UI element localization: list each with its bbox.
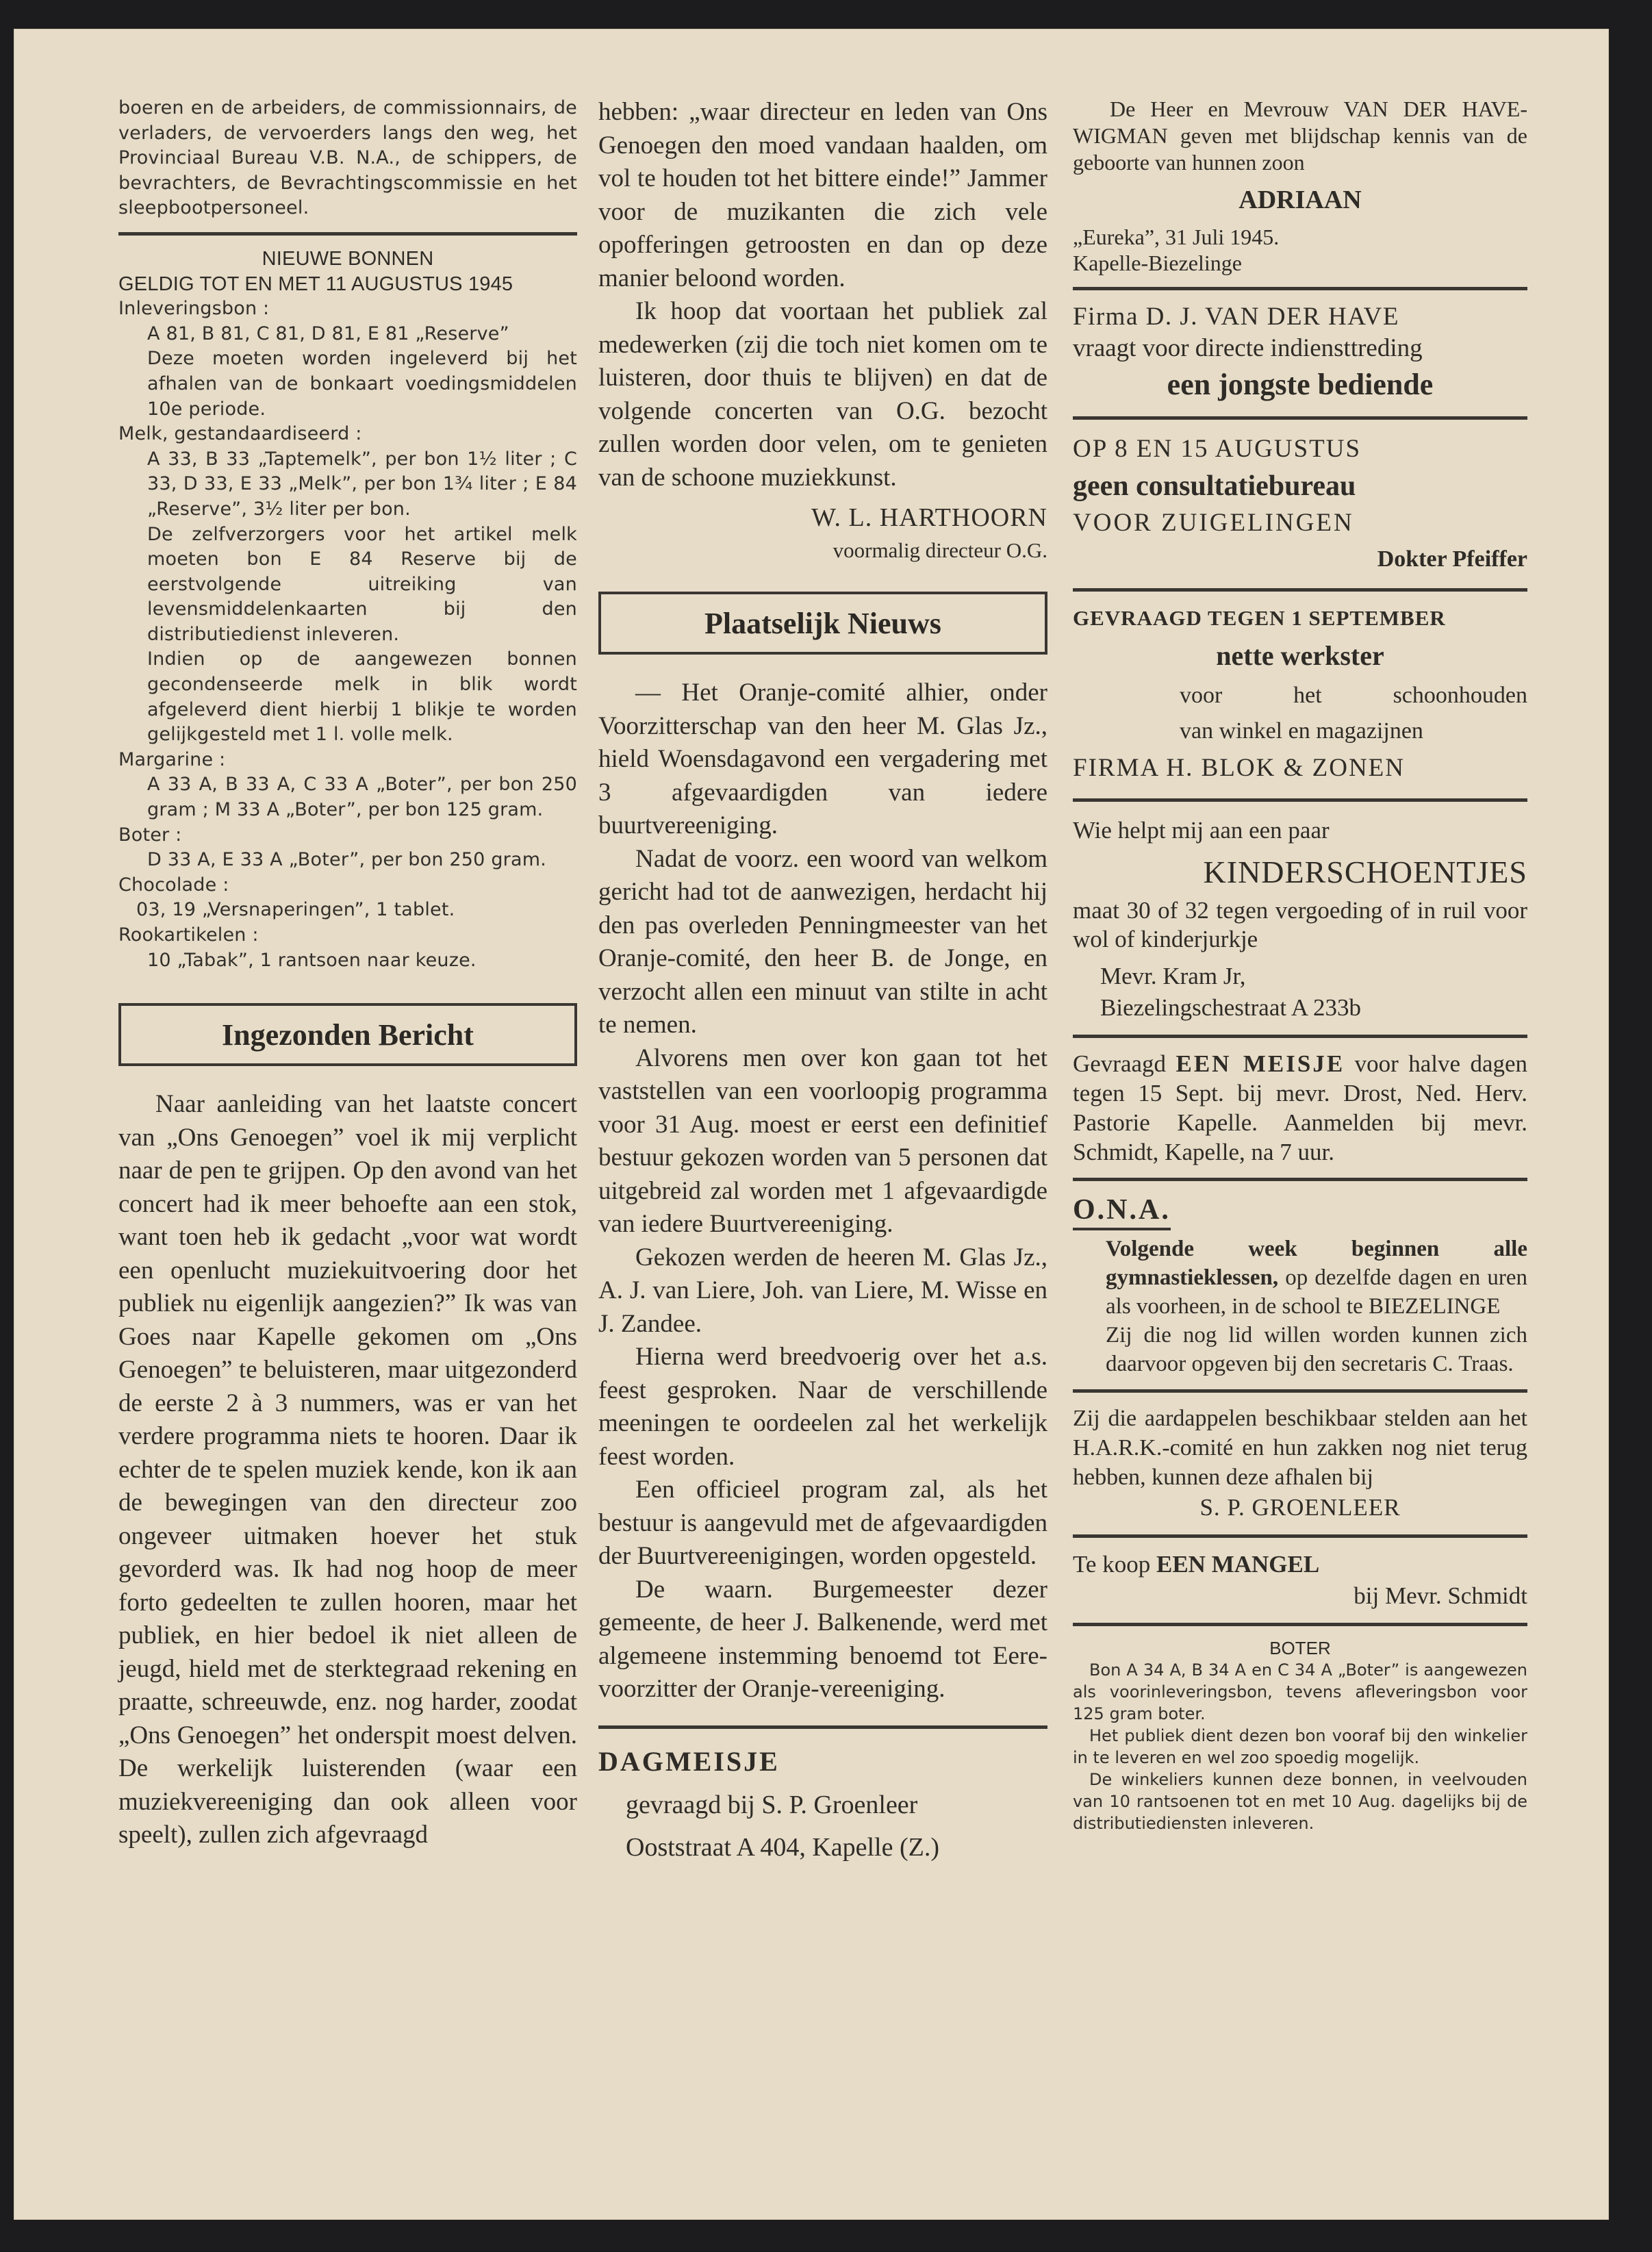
notice-paragraph: Bon A 34 A, B 34 A en C 34 A „Boter” is … [1073, 1659, 1527, 1725]
section-line: D 33 A, E 33 A „Boter”, per bon 250 gram… [118, 848, 577, 873]
ad-line: maat 30 of 32 tegen vergoeding of in rui… [1073, 896, 1527, 954]
column-right: De Heer en Mevrouw VAN DER HAVE-WIGMAN g… [1073, 96, 1527, 1834]
baby-name: ADRIAAN [1073, 176, 1527, 224]
letter-continuation: hebben: „waar directeur en leden van Ons… [598, 96, 1047, 295]
ad-line: voor het schoonhouden [1073, 678, 1527, 713]
ad-headline: EEN MEISJE [1176, 1050, 1345, 1077]
notice-title: BOTER [1073, 1637, 1527, 1659]
consultatiebureau-notice: OP 8 EN 15 AUGUSTUS geen consultatiebure… [1073, 431, 1527, 577]
bonnen-section-rookartikelen: Rookartikelen : 10 „Tabak”, 1 rantsoen n… [118, 923, 577, 973]
section-label: Chocolade : [118, 873, 577, 898]
section-line: 03, 19 „Versnaperingen”, 1 tablet. [118, 898, 577, 923]
een-meisje-ad: Gevraagd EEN MEISJE voor halve dagen teg… [1073, 1049, 1527, 1167]
ona-body: Volgende week beginnen alle gymnastiekle… [1073, 1235, 1527, 1321]
notice-text: Zij die aardappelen beschikbaar stelden … [1073, 1404, 1527, 1492]
news-paragraph: Hierna werd breedvoerig over het a.s. fe… [598, 1341, 1047, 1473]
section-label: Inleveringsbon : [118, 296, 577, 322]
bonnen-section-chocolade: Chocolade : 03, 19 „Versnaperingen”, 1 t… [118, 873, 577, 923]
section-label: Rookartikelen : [118, 923, 577, 948]
section-label: Margarine : [118, 748, 577, 773]
divider [1073, 798, 1527, 802]
bonnen-title: NIEUWE BONNEN [118, 246, 577, 272]
boter-notice: BOTER Bon A 34 A, B 34 A en C 34 A „Bote… [1073, 1637, 1527, 1834]
bonnen-section-inleveringsbon: Inleveringsbon : A 81, B 81, C 81, D 81,… [118, 296, 577, 422]
section-line: De zelfverzorgers voor het artikel melk … [118, 522, 577, 648]
bonnen-section-melk: Melk, gestandaardiseerd : A 33, B 33 „Ta… [118, 422, 577, 748]
ad-line: van winkel en magazijnen [1073, 713, 1527, 749]
notice-signature: Dokter Pfeiffer [1073, 542, 1527, 577]
divider [1073, 588, 1527, 592]
news-paragraph: — Het Oranje-comité alhier, onder Voorzi… [598, 676, 1047, 843]
news-paragraph: Een officieel program zal, als het bestu… [598, 1473, 1047, 1573]
firma-van-der-have-ad: Firma D. J. VAN DER HAVE vraagt voor dir… [1073, 301, 1527, 405]
aardappelen-notice: Zij die aardappelen beschikbaar stelden … [1073, 1404, 1527, 1523]
notice-line: OP 8 EN 15 AUGUSTUS [1073, 431, 1527, 468]
signature-name: W. L. HARTHOORN [598, 498, 1047, 537]
ingezonden-bericht-body: Naar aanleiding van het laatste concert … [118, 1088, 577, 1852]
section-label: Boter : [118, 823, 577, 848]
werkster-ad: GEVRAAGD TEGEN 1 SEPTEMBER nette werkste… [1073, 603, 1527, 787]
letter-paragraph: Ik hoop dat voortaan het publiek zal med… [598, 295, 1047, 494]
divider [1073, 1178, 1527, 1181]
ad-line: Firma D. J. VAN DER HAVE [1073, 301, 1527, 333]
ad-headline: een jongste bediende [1073, 364, 1527, 405]
column-left: boeren en de arbeiders, de commissionnai… [118, 96, 577, 1852]
notice-title: O.N.A. [1073, 1192, 1171, 1230]
section-line: Indien op de aangewezen bonnen gecondens… [118, 647, 577, 747]
divider [1073, 1534, 1527, 1538]
ingezonden-bericht-heading-box: Ingezonden Bericht [118, 1003, 577, 1066]
section-line: A 33 A, B 33 A, C 33 A „Boter”, per bon … [118, 772, 577, 822]
ad-line: vraagt voor directe indiensttreding [1073, 333, 1527, 364]
birth-date: „Eureka”, 31 Juli 1945. [1073, 224, 1527, 250]
section-line: A 81, B 81, C 81, D 81, E 81 „Reserve” [118, 322, 577, 347]
signature-title: voormalig directeur O.G. [598, 537, 1047, 564]
notice-paragraph: De winkeliers kunnen deze bonnen, in vee… [1073, 1769, 1527, 1834]
divider [1073, 1389, 1527, 1393]
kinderschoentjes-ad: Wie helpt mij aan een paar KINDERSCHOENT… [1073, 813, 1527, 1024]
notice-name: S. P. GROENLEER [1073, 1492, 1527, 1523]
dagmeisje-ad: DAGMEISJE gevraagd bij S. P. Groenleer O… [598, 1740, 1047, 1869]
notice-headline: geen consultatiebureau [1073, 468, 1527, 505]
ona-text: Zij die nog lid willen worden kunnen zic… [1073, 1321, 1527, 1378]
section-heading: Plaatselijk Nieuws [704, 606, 941, 641]
section-line: Deze moeten worden ingeleverd bij het af… [118, 346, 577, 422]
ad-line: gevraagd bij S. P. Groenleer [598, 1784, 1047, 1826]
birth-text: De Heer en Mevrouw VAN DER HAVE-WIGMAN g… [1073, 96, 1527, 176]
ad-line: GEVRAAGD TEGEN 1 SEPTEMBER [1073, 603, 1527, 634]
birth-town: Kapelle-Biezelinge [1073, 250, 1527, 276]
plaatselijk-nieuws-heading-box: Plaatselijk Nieuws [598, 592, 1047, 655]
birth-announcement: De Heer en Mevrouw VAN DER HAVE-WIGMAN g… [1073, 96, 1527, 276]
ad-contact-address: Biezelingschestraat A 233b [1073, 992, 1527, 1024]
column-middle: hebben: „waar directeur en leden van Ons… [598, 96, 1047, 1869]
ad-line: Wie helpt mij aan een paar [1073, 813, 1527, 848]
section-line: A 33, B 33 „Taptemelk”, per bon 1½ liter… [118, 447, 577, 522]
intro-paragraph: boeren en de arbeiders, de commissionnai… [118, 96, 577, 221]
divider [118, 232, 577, 236]
ad-title: DAGMEISJE [598, 1740, 1047, 1784]
notice-paragraph: Het publiek dient dezen bon vooraf bij d… [1073, 1725, 1527, 1769]
ad-headline: EEN MANGEL [1156, 1551, 1319, 1578]
news-paragraph: Gekozen werden de heeren M. Glas Jz., A.… [598, 1241, 1047, 1341]
ad-prefix: Te koop [1073, 1551, 1150, 1578]
news-paragraph: Alvorens men over kon gaan tot het vasts… [598, 1042, 1047, 1241]
ad-prefix: Gevraagd [1073, 1050, 1166, 1077]
bonnen-subtitle: GELDIG TOT EN MET 11 AUGUSTUS 1945 [118, 272, 577, 297]
news-paragraph: De waarn. Burgemeester dezer gemeente, d… [598, 1573, 1047, 1706]
ad-headline: nette werkster [1073, 634, 1527, 678]
divider [1073, 416, 1527, 420]
section-line: 10 „Tabak”, 1 rantsoen naar keuze. [118, 948, 577, 974]
divider [598, 1725, 1047, 1729]
divider [1073, 287, 1527, 290]
mangel-ad: Te koop EEN MANGEL bij Mevr. Schmidt [1073, 1549, 1527, 1612]
ad-firm: FIRMA H. BLOK & ZONEN [1073, 749, 1527, 787]
ona-notice: O.N.A. Volgende week beginnen alle gymna… [1073, 1192, 1527, 1378]
ad-headline: KINDERSCHOENTJES [1073, 848, 1527, 896]
divider [1073, 1035, 1527, 1038]
divider [1073, 1623, 1527, 1626]
news-paragraph: Nadat de voorz. een woord van welkom ger… [598, 843, 1047, 1042]
ad-contact: bij Mevr. Schmidt [1073, 1580, 1527, 1612]
section-heading: Ingezonden Bericht [222, 1017, 474, 1052]
ad-contact-name: Mevr. Kram Jr, [1073, 961, 1527, 992]
notice-line: VOOR ZUIGELINGEN [1073, 505, 1527, 542]
bonnen-section-margarine: Margarine : A 33 A, B 33 A, C 33 A „Bote… [118, 748, 577, 823]
section-label: Melk, gestandaardiseerd : [118, 422, 577, 447]
newspaper-page: boeren en de arbeiders, de commissionnai… [14, 29, 1609, 2220]
ad-line: Ooststraat A 404, Kapelle (Z.) [598, 1826, 1047, 1869]
nieuwe-bonnen-notice: NIEUWE BONNEN GELDIG TOT EN MET 11 AUGUS… [118, 246, 577, 973]
bonnen-section-boter: Boter : D 33 A, E 33 A „Boter”, per bon … [118, 823, 577, 873]
